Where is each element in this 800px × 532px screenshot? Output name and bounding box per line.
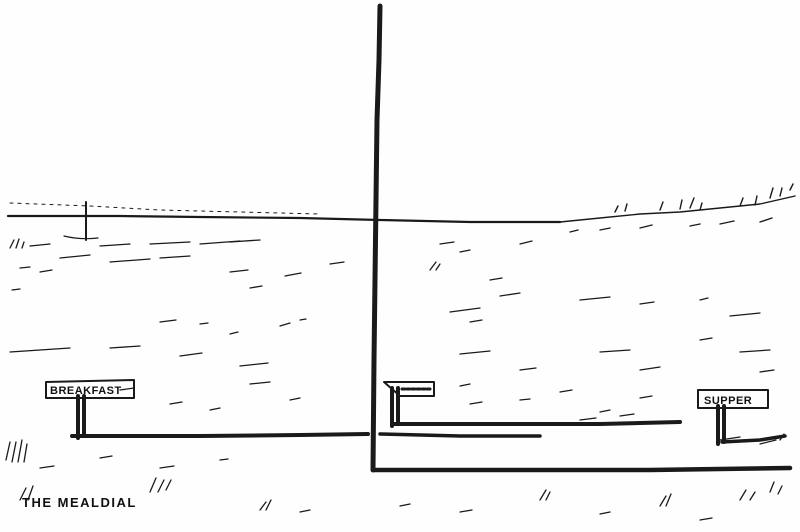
sign-supper-label: SUPPER xyxy=(704,395,752,407)
sign-breakfast: BREAKFAST xyxy=(46,380,134,438)
sketch-canvas: BREAKFAST SUPPER xyxy=(0,0,800,532)
sign-supper: SUPPER xyxy=(698,390,768,444)
illustration-caption: THE MEALDIAL xyxy=(22,495,137,510)
mealdial-pole xyxy=(373,6,380,470)
sign-dinner xyxy=(384,382,434,426)
shadow-lines xyxy=(72,422,790,470)
vegetation-ridge xyxy=(560,184,795,232)
horizon xyxy=(8,202,560,240)
sign-breakfast-label: BREAKFAST xyxy=(50,385,122,397)
mealdial-illustration: BREAKFAST SUPPER THE MEALDIAL xyxy=(0,0,800,532)
